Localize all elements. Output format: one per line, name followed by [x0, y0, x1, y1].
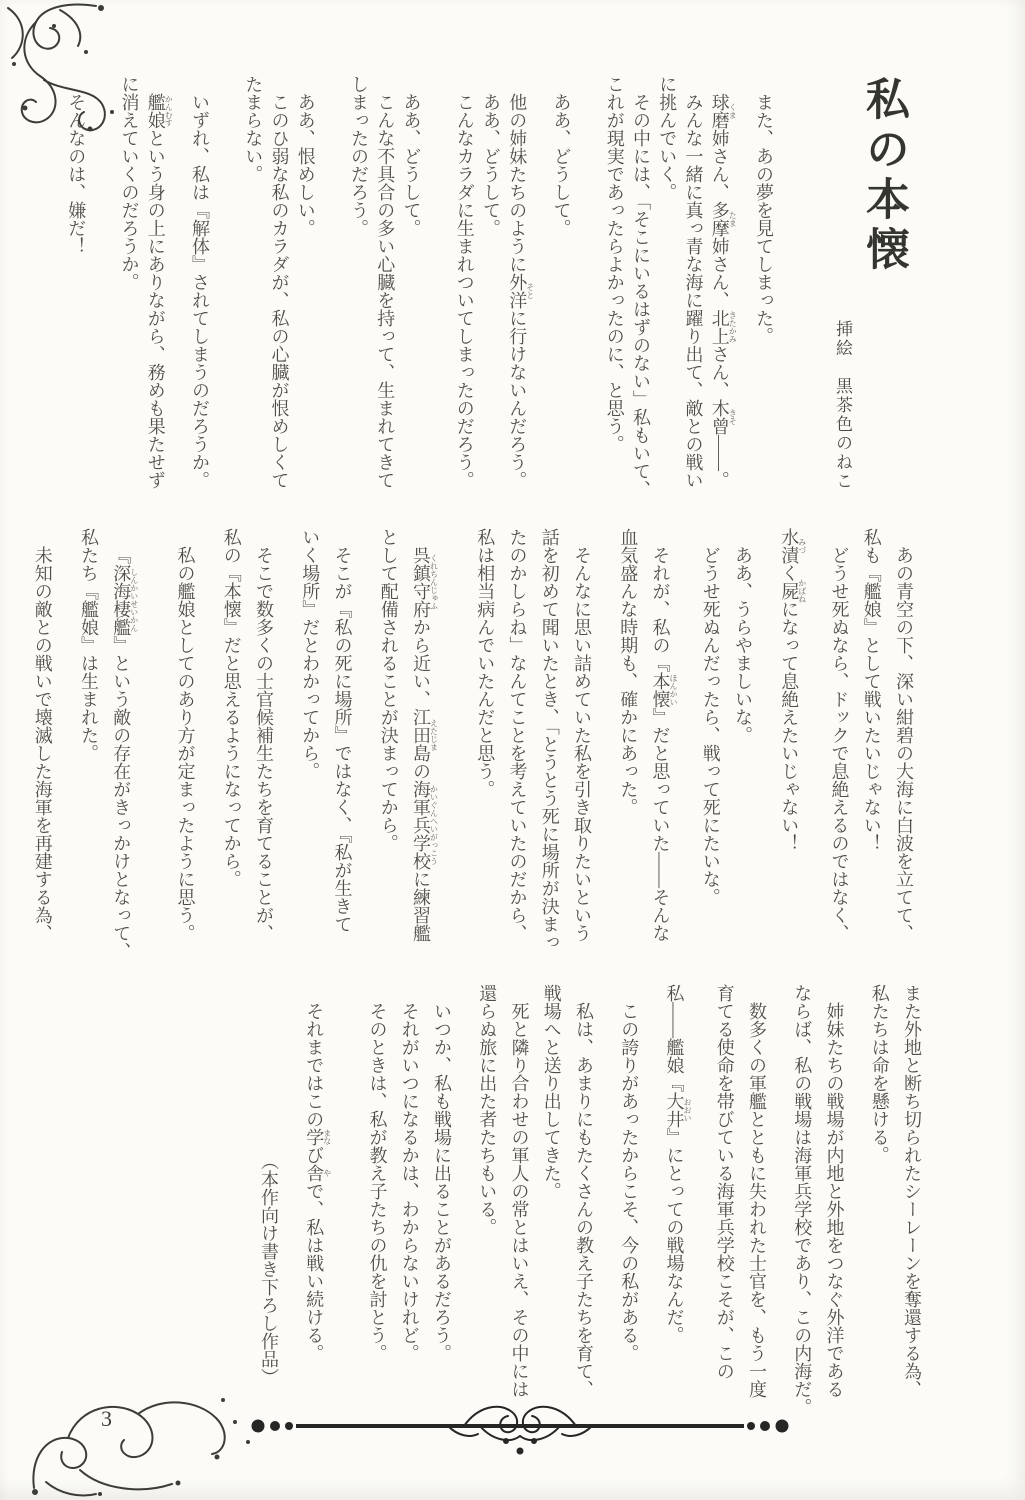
text-line: ならば、私の戦場は海軍兵学校であり、この内海だ。	[792, 984, 811, 1464]
text-line: に挑んでいく。	[657, 75, 676, 545]
text-line: 私たちは命を懸ける。	[870, 984, 889, 1464]
text-line: また、あの夢を見てしまった。	[754, 75, 773, 545]
text-line: 私――艦娘『大井おおい』にとっての戦場なんだ。	[664, 984, 691, 1464]
text-line: このひ弱な私のカラダが、私の心臓が恨めしくて	[269, 75, 288, 545]
text-line: また外地と断ち切られたシーレーンを奪還する為、	[902, 984, 921, 1464]
title-credit: 挿絵 黒茶色のねこ	[830, 320, 855, 491]
text-line: みんな一緒に真っ青な海に躍り出て、敵との戦い	[683, 75, 702, 545]
text-line: いく場所』だとわかってから。	[300, 528, 319, 998]
text-line: いつか、私も戦場に出ることがあるだろう。	[432, 984, 451, 1464]
text-line: 戦場へと送り出してきた。	[542, 984, 561, 1464]
text-line: 私も『艦娘』として戦いたいじゃない！	[862, 528, 881, 998]
text-line: それまではこの学まなび舎やで、私は戦い続ける。	[304, 984, 331, 1464]
corner-flourish-bottom-left-icon	[20, 1366, 265, 1500]
text-line: 育てる使命を帯びている海軍兵学校こそが、この	[715, 984, 734, 1464]
text-line: どうせ死ぬんだったら、戦って死にたいな。	[701, 528, 720, 998]
text-line: に消えていくのだろうか。	[119, 75, 138, 545]
text-line: どうせ死ぬなら、ドックで息絶えるのではなく、	[829, 528, 848, 998]
text-line: その中には、「そこにいるはずのない」私もいて、	[631, 75, 650, 545]
text-line: 血気盛んな時期も、確かにあった。	[618, 528, 637, 998]
text-line: 呉鎮守府くれちんじゅふから近い、江田島えたじまの海軍兵学校かいぐんへいがっこうに…	[411, 528, 438, 998]
text-line: 私の艦娘としてのあり方が定まったように思う。	[175, 528, 194, 998]
ornamental-divider-icon	[248, 1396, 792, 1458]
text-line: 艦娘かんむすという身の上にありながら、務めも果たせず	[146, 75, 173, 545]
text-block-bottom: また外地と断ち切られたシーレーンを奪還する為、私たちは命を懸ける。姉妹たちの戦場…	[259, 984, 921, 1464]
text-line: そのときは、私が教え子たちの仇を討とう。	[367, 984, 386, 1464]
text-line: それが、私の『本懐ほんかい』だと思っていた――そんな	[650, 528, 677, 998]
text-line: そんなに思い詰めていた私を引き取りたいという	[572, 528, 591, 998]
text-line: ああ、恨めしい。	[296, 75, 315, 545]
text-line: この誇りがあったからこそ、今の私がある。	[619, 984, 638, 1464]
text-line: 数多くの軍艦とともに失われた士官を、もう一度	[747, 984, 766, 1464]
text-line: 還らぬ旅に出た者たちもいる。	[477, 984, 496, 1464]
text-line: 私は、あまりにもたくさんの教え子たちを育て、	[574, 984, 593, 1464]
text-line: ああ、どうして。	[481, 75, 500, 545]
text-line: 私は相当病んでいたんだと思う。	[475, 528, 494, 998]
text-line: そこで数多くの士官候補生たちを育てることが、	[254, 528, 273, 998]
text-line: これが現実であったらよかったのに、と思う。	[605, 75, 624, 545]
text-line: 死と隣り合わせの軍人の常とはいえ、その中には	[509, 984, 528, 1464]
text-line: 私たち『艦娘』は生まれた。	[79, 528, 98, 998]
text-line: ああ、うらやましいな。	[733, 528, 752, 998]
page-number: 3	[101, 1406, 112, 1432]
text-line: そこが『私の死に場所』ではなく、『私が生きて	[332, 528, 351, 998]
text-line: それがいつになるかは、わからないけれど。	[400, 984, 419, 1464]
text-line: こんな不具合の多い心臓を持って、生まれてきて	[375, 75, 394, 545]
text-line: 水漬みづく屍かばねになって息絶えたいじゃない！	[779, 528, 806, 998]
text-line: 未知の敵との戦いで壊滅した海軍を再建する為、	[33, 528, 52, 998]
text-line: 『深海棲艦しんかいせいかん』という敵の存在がきっかけとなって、	[111, 528, 138, 998]
text-line: ああ、どうして。	[551, 75, 570, 545]
text-line: そんなのは、嫌だ！	[66, 75, 85, 545]
text-line: たのかしらね」なんてことを考えていたのだから、	[507, 528, 526, 998]
text-block-middle: あの青空の下、深い紺碧の大海に白波を立てて、私も『艦娘』として戦いたいじゃない！…	[33, 528, 914, 998]
scanned-book-page: 私の本懐 挿絵 黒茶色のねこ また、あの夢を見てしまった。球磨くま姉さん、多摩た…	[0, 0, 1025, 1500]
text-line: 他の姉妹たちのように外洋そとに行けないんだろう。	[507, 75, 534, 545]
text-line: 姉妹たちの戦場が内地と外地をつなぐ外洋である	[824, 984, 843, 1464]
text-line: こんなカラダに生まれついてしまったのだろう。	[455, 75, 474, 545]
text-line: として配備されることが決まってから。	[379, 528, 398, 998]
page-title: 私の本懐	[851, 76, 915, 276]
text-line: あの青空の下、深い紺碧の大海に白波を立てて、	[894, 528, 913, 998]
text-line: たまらない。	[243, 75, 262, 545]
text-line: 球磨くま姉さん、多摩たま姉さん、北上きたかみさん、木曾きそ――。	[710, 75, 737, 545]
text-line: いずれ、私は『解体』されてしまうのだろうか。	[190, 75, 209, 545]
text-line: しまったのだろう。	[349, 75, 368, 545]
text-line: 私の『本懐』だと思えるようになってから。	[222, 528, 241, 998]
text-line: ああ、どうして。	[401, 75, 420, 545]
text-line: 話を初めて聞いたとき、「とうとう死に場所が決まっ	[540, 528, 559, 998]
text-block-top: また、あの夢を見てしまった。球磨くま姉さん、多摩たま姉さん、北上きたかみさん、木…	[66, 75, 773, 545]
